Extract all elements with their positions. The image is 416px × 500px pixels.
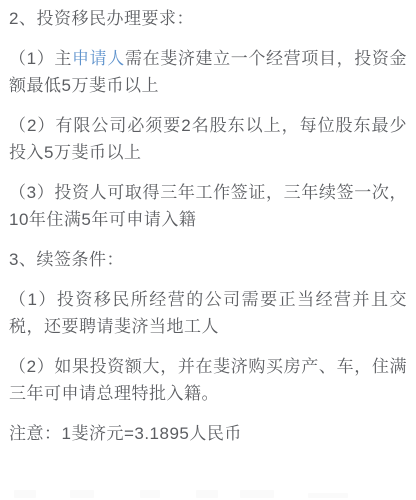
renewal-item-1: （1）投资移民所经营的公司需要正当经营并且交税，还要聘请斐济当地工人 (9, 286, 407, 340)
faded-artifact (70, 490, 94, 498)
faded-bottom-artifacts (0, 488, 416, 500)
faded-artifact (240, 490, 274, 498)
requirement-item-2: （2）有限公司必须要2名股东以上，每位股东最少投入5万斐币以上 (9, 112, 407, 166)
section-heading-requirements: 2、投资移民办理要求： (9, 5, 407, 32)
requirement-item-1-text-pre: （1）主 (9, 49, 72, 68)
article-body: 2、投资移民办理要求： （1）主申请人需在斐济建立一个经营项目，投资金额最低5万… (0, 0, 416, 447)
faded-artifact (308, 493, 348, 498)
section-heading-renewal: 3、续签条件： (9, 246, 407, 273)
renewal-item-2: （2）如果投资额大，并在斐济购买房产、车，住满三年可申请总理特批入籍。 (9, 353, 407, 407)
exchange-rate-note: 注意：1斐济元=3.1895人民币 (9, 420, 407, 447)
faded-artifact (140, 490, 160, 498)
applicant-link[interactable]: 申请人 (72, 49, 125, 68)
requirement-item-1: （1）主申请人需在斐济建立一个经营项目，投资金额最低5万斐币以上 (9, 45, 407, 99)
faded-artifact (196, 490, 218, 498)
requirement-item-3: （3）投资人可取得三年工作签证，三年续签一次，10年住满5年可申请入籍 (9, 179, 407, 233)
faded-artifact (14, 490, 36, 498)
